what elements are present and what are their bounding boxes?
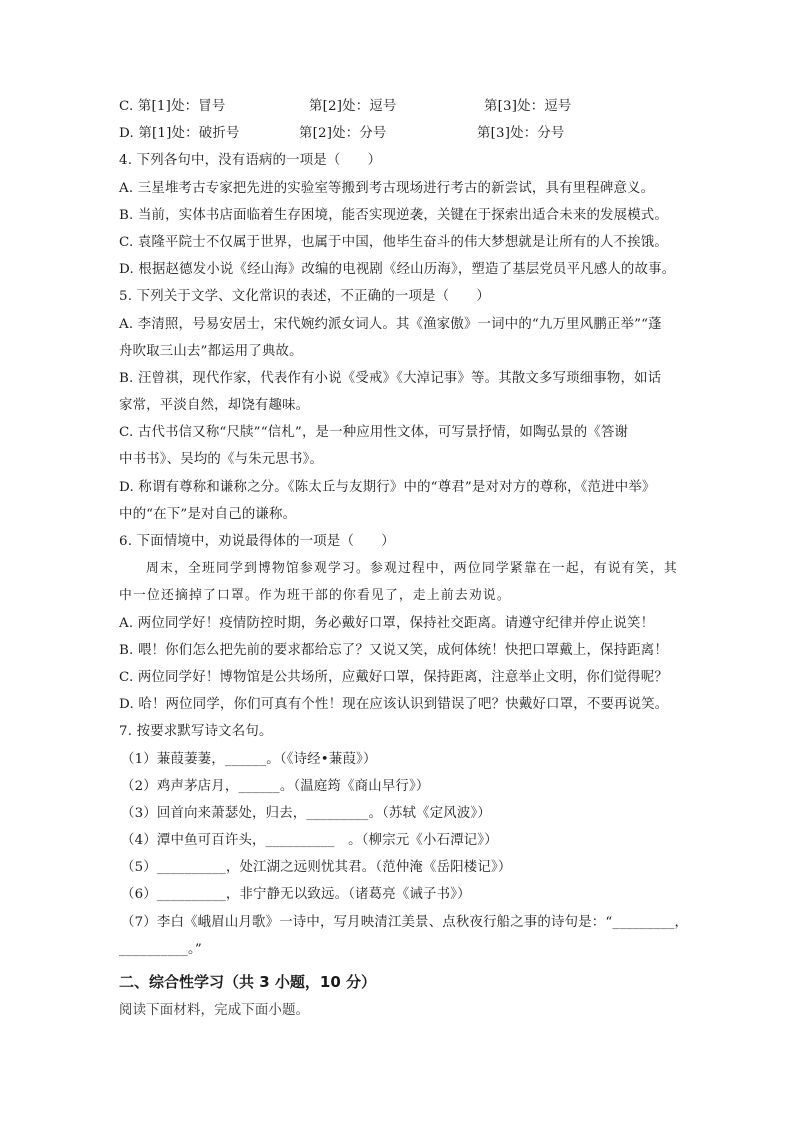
- q4-option-d: D. 根据赵德发小说《经山海》改编的电视剧《经山历海》，塑造了基层党员平凡感人的…: [119, 256, 685, 283]
- option-part-1: 第[1]处：破折号: [138, 126, 239, 141]
- option-part-3: 第[3]处：逗号: [484, 93, 674, 120]
- q4-option-a: A. 三星堆考古专家把先进的实验室等搬到考古现场进行考古的新尝试，具有里程碑意义…: [119, 175, 685, 202]
- q7-item-5: （5）__________，处江湖之远则忧其君。（范仲淹《岳阳楼记》）: [119, 854, 685, 881]
- q6-option-b: B. 喂！你们怎么把先前的要求都给忘了？又说又笑，成何体统！快把口罩戴上，保持距…: [119, 637, 685, 664]
- q7-item-7-line2: __________。”: [119, 936, 685, 963]
- q5-option-c-line2: 中书书》、吴均的《与朱元思书》。: [119, 446, 685, 473]
- q5-option-a-line1: A. 李清照，号易安居士，宋代婉约派女词人。其《渔家傲》一词中的“九万里风鹏正举…: [119, 311, 685, 338]
- q4-option-c: C. 袁隆平院士不仅属于世界，也属于中国，他毕生奋斗的伟大梦想就是让所有的人不挨…: [119, 229, 685, 256]
- q7-item-2: （2）鸡声茅店月，______。（温庭筠《商山早行》）: [119, 773, 685, 800]
- exam-page: C. 第[1]处：冒号 第[2]处：逗号 第[3]处：逗号 D. 第[1]处：破…: [119, 93, 685, 1024]
- option-part-1: 第[1]处：冒号: [138, 99, 226, 114]
- option-label: C.: [119, 99, 133, 114]
- q5-option-a-line2: 舟吹取三山去”都运用了典故。: [119, 338, 685, 365]
- q5-stem: 5. 下列关于文学、文化常识的表述，不正确的一项是（ ）: [119, 283, 685, 310]
- option-part-2: 第[2]处：逗号: [309, 93, 484, 120]
- q5-option-b-line1: B. 汪曾祺，现代作家，代表作有小说《受戒》《大淖记事》等。其散文多写琐细事物，…: [119, 365, 685, 392]
- q6-stem: 6. 下面情境中，劝说最得体的一项是（ ）: [119, 528, 685, 555]
- option-part-2: 第[2]处：分号: [299, 120, 477, 147]
- q6-option-c: C. 两位同学好！博物馆是公共场所，应戴好口罩，保持距离，注意举止文明，你们觉得…: [119, 664, 685, 691]
- option-part-3: 第[3]处：分号: [477, 120, 667, 147]
- q6-scenario-line1: 周末，全班同学到博物馆参观学习。参观过程中，两位同学紧靠在一起，有说有笑，其: [119, 555, 685, 582]
- q6-scenario-line2: 中一位还摘掉了口罩。作为班干部的你看见了，走上前去劝说。: [119, 582, 685, 609]
- q3-option-d: D. 第[1]处：破折号 第[2]处：分号 第[3]处：分号: [119, 120, 685, 147]
- q5-option-b-line2: 家常，平淡自然，却饶有趣味。: [119, 392, 685, 419]
- section-2-instruction: 阅读下面材料，完成下面小题。: [119, 997, 685, 1024]
- q7-item-3: （3）回首向来萧瑟处，归去，_________。（苏轼《定风波》）: [119, 800, 685, 827]
- q7-item-4: （4）潭中鱼可百许头，__________ 。（柳宗元《小石潭记》）: [119, 827, 685, 854]
- q5-option-c-line1: C. 古代书信又称“尺牍”“信札”，是一种应用性文体，可写景抒情，如陶弘景的《答…: [119, 419, 685, 446]
- q6-option-d: D. 哈！两位同学，你们可真有个性！现在应该认识到错误了吧？快戴好口罩，不要再说…: [119, 691, 685, 718]
- q7-item-1: （1）蒹葭萋萋，______。（《诗经•蒹葭》）: [119, 746, 685, 773]
- q4-stem: 4. 下列各句中，没有语病的一项是（ ）: [119, 147, 685, 174]
- q6-option-a: A. 两位同学好！疫情防控时期，务必戴好口罩，保持社交距离。请遵守纪律并停止说笑…: [119, 610, 685, 637]
- q3-option-c: C. 第[1]处：冒号 第[2]处：逗号 第[3]处：逗号: [119, 93, 685, 120]
- q7-item-7-line1: （7）李白《峨眉山月歌》一诗中，写月映清江美景、点秋夜行船之事的诗句是：“___…: [119, 909, 685, 936]
- q7-item-6: （6）__________，非宁静无以致远。（诸葛亮《诫子书》）: [119, 881, 685, 908]
- q7-stem: 7. 按要求默写诗文名句。: [119, 718, 685, 745]
- q5-option-d-line2: 中的“在下”是对自己的谦称。: [119, 501, 685, 528]
- q5-option-d-line1: D. 称谓有尊称和谦称之分。《陈太丘与友期行》中的“尊君”是对对方的尊称，《范进…: [119, 474, 685, 501]
- section-2-heading: 二、综合性学习（共 3 小题，10 分）: [119, 965, 685, 997]
- q4-option-b: B. 当前，实体书店面临着生存困境，能否实现逆袭，关键在于探索出适合未来的发展模…: [119, 202, 685, 229]
- option-label: D.: [119, 126, 134, 141]
